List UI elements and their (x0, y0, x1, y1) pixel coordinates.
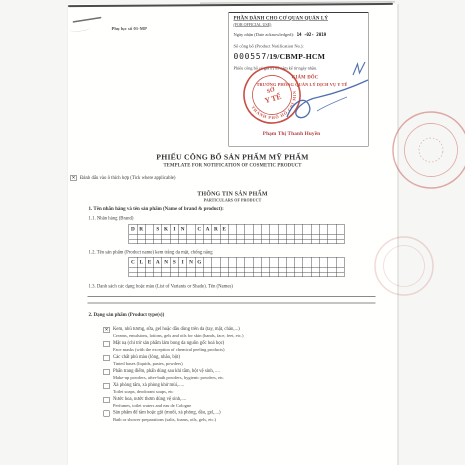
grid-cell (262, 258, 270, 268)
grid-cell (220, 258, 228, 268)
grid-cell (237, 272, 245, 277)
grid-cell (154, 272, 162, 277)
grid-cell (154, 239, 162, 244)
product-type-item: Mặt nạ (chỉ trừ sản phẩm làm bong da ngu… (104, 340, 374, 353)
appendix-label: Phụ lục số 01-MP (112, 26, 147, 31)
grid-cell (253, 272, 261, 277)
grid-cell: I (170, 225, 178, 235)
grid-cell: S (170, 258, 178, 268)
grid-cell (137, 239, 145, 244)
grid-cell (187, 239, 195, 244)
grid-cell (253, 258, 261, 268)
variant-write-line (88, 303, 376, 304)
approver-name: Phạm Thị Thanh Huyền (229, 131, 354, 137)
product-type-item: Xà phòng tắm, xà phòng khử mùi,.....Toil… (104, 382, 374, 395)
product-type-label-en: Creams, emulsions, lotions, gels and oil… (113, 333, 243, 340)
grid-cell: C (195, 225, 203, 235)
grid-cell (179, 272, 187, 277)
brand-letter-grid: DRSKINCARE (129, 224, 345, 244)
grid-cell (295, 225, 303, 235)
grid-cell (129, 239, 137, 244)
grid-cell (270, 258, 278, 268)
product-type-label-en: Tinted bases (liquids, pastes, powders) (113, 361, 183, 368)
grid-cell (328, 239, 336, 244)
grid-cell (336, 258, 344, 268)
checkbox-icon (104, 397, 110, 403)
tick-note-row: ✕ Đánh dấu vào ô thích hợp (Tick where a… (71, 175, 176, 181)
grid-cell (278, 258, 286, 268)
product-letter-grid: CLEANSING (129, 257, 345, 277)
pencil-mark (73, 17, 102, 23)
checkbox-icon (104, 411, 110, 417)
grid-cell (170, 272, 178, 277)
grid-cell: L (137, 258, 145, 268)
grid-cell (295, 272, 303, 277)
grid-cell (336, 272, 344, 277)
grid-cell (270, 225, 278, 235)
grid-cell (328, 225, 336, 235)
grid-cell: K (162, 225, 170, 235)
grid-cell (162, 272, 170, 277)
grid-cell (295, 258, 303, 268)
grid-cell (179, 239, 187, 244)
grid-cell: D (129, 225, 137, 235)
grid-cell (229, 272, 237, 277)
form-title-vi: PHIẾU CÔNG BỐ SẢN PHẨM MỸ PHẨM (68, 153, 398, 162)
grid-cell (146, 239, 154, 244)
grid-cell (187, 272, 195, 277)
grid-cell (287, 239, 295, 244)
checkbox-icon (104, 383, 110, 389)
product-type-label-en: Perfumes, toilet waters and eau de Colog… (113, 402, 191, 409)
grid-cell (220, 272, 228, 277)
grid-cell (204, 258, 212, 268)
product-type-item: ✕Kem, nhũ tương, sữa, gel hoặc dầu dùng … (104, 326, 374, 339)
grid-cell (278, 272, 286, 277)
grid-cell (320, 272, 328, 277)
grid-cell (320, 239, 328, 244)
grid-cell (336, 225, 344, 235)
section-info-heading-vi: THÔNG TIN SẢN PHẨM (68, 190, 398, 198)
grid-cell: G (195, 258, 203, 268)
tick-note-label: Đánh dấu vào ô thích hợp (Tick where app… (80, 176, 175, 181)
grid-cell (229, 239, 237, 244)
pencil-mark-faint (69, 25, 89, 33)
grid-cell: E (146, 258, 154, 268)
grid-cell (137, 272, 145, 277)
scanned-document: Phụ lục số 01-MP PHẦN DÀNH CHO CƠ QUAN Q… (0, 0, 465, 465)
grid-cell (287, 272, 295, 277)
grid-cell (262, 272, 270, 277)
grid-cell (320, 225, 328, 235)
grid-cell (262, 225, 270, 235)
grid-cell (220, 239, 228, 244)
grid-cell (287, 225, 295, 235)
grid-cell (162, 239, 170, 244)
grid-cell (312, 272, 320, 277)
checkbox-checked-icon: ✕ (71, 175, 77, 181)
brand-label: 1.1. Nhãn hàng (Brand) (89, 216, 134, 221)
grid-cell (204, 272, 212, 277)
grid-cell (328, 272, 336, 277)
grid-cell (328, 258, 336, 268)
grid-cell (312, 225, 320, 235)
grid-cell (146, 272, 154, 277)
grid-cell (245, 239, 253, 244)
section2-heading: 2. Dạng sản phẩm (Product type(s)) (89, 312, 165, 318)
grid-cell (245, 258, 253, 268)
grid-cell: A (154, 258, 162, 268)
product-type-item: Nước hoa, nước thơm dùng vệ sinh,....Per… (104, 396, 374, 409)
grid-cell (270, 239, 278, 244)
grid-cell (312, 239, 320, 244)
product-type-label-en: Face masks (with the exception of chemic… (113, 347, 224, 354)
grid-cell (237, 225, 245, 235)
grid-cell (204, 239, 212, 244)
product-type-item: Phấn trang điểm, phấn dùng sau khi tắm, … (104, 368, 374, 381)
product-type-item: Các chất phủ màu (lỏng, nhão, bột)Tinted… (104, 354, 374, 367)
grid-cell: R (212, 225, 220, 235)
grid-cell: N (179, 225, 187, 235)
grid-cell: C (129, 258, 137, 268)
pen-checkmark (353, 62, 365, 75)
grid-cell (212, 258, 220, 268)
grid-cell (303, 258, 311, 268)
product-type-label-en: Bath or shower preparations (salts, foam… (113, 416, 221, 423)
edge-seal-icon (387, 106, 465, 194)
grid-cell (195, 272, 203, 277)
grid-cell (303, 225, 311, 235)
checkbox-checked-icon: ✕ (104, 327, 110, 333)
grid-cell (212, 239, 220, 244)
grid-cell (262, 239, 270, 244)
grid-cell: E (220, 225, 228, 235)
grid-cell (129, 272, 137, 277)
grid-cell (187, 225, 195, 235)
grid-cell: I (179, 258, 187, 268)
signature (229, 13, 368, 146)
grid-cell (320, 258, 328, 268)
grid-cell (303, 239, 311, 244)
grid-cell (278, 225, 286, 235)
product-name-label: 1.2. Tên sản phẩm (Product name) kem trắ… (89, 250, 213, 255)
product-type-label-en: Make-up powders, after-bath powders, hyg… (113, 374, 224, 381)
grid-cell (245, 225, 253, 235)
grid-cell (229, 225, 237, 235)
product-type-list: ✕Kem, nhũ tương, sữa, gel hoặc dầu dùng … (104, 326, 374, 424)
grid-cell: R (137, 225, 145, 235)
product-type-label-en: Toilet soaps, deodorant soaps, etc (113, 388, 184, 395)
grid-cell (295, 239, 303, 244)
grid-cell (270, 272, 278, 277)
variants-label: 1.3. Danh sách các dạng hoặc màu (List o… (89, 284, 233, 289)
form-title-en: TEMPLATE FOR NOTIFICATION OF COSMETIC PR… (68, 163, 398, 168)
grid-cell (229, 258, 237, 268)
variant-write-line (88, 296, 376, 297)
grid-cell: A (204, 225, 212, 235)
grid-cell: N (162, 258, 170, 268)
checkbox-icon (104, 355, 110, 361)
grid-cell (253, 239, 261, 244)
form-page: Phụ lục số 01-MP PHẦN DÀNH CHO CƠ QUAN Q… (67, 4, 399, 465)
grid-cell (312, 258, 320, 268)
grid-cell (245, 272, 253, 277)
section-info-heading-en: PARTICULARS OF PRODUCT (68, 198, 398, 203)
grid-cell (237, 239, 245, 244)
grid-cell (146, 225, 154, 235)
checkbox-icon (104, 341, 110, 347)
checkbox-icon (104, 369, 110, 375)
grid-cell (278, 239, 286, 244)
grid-cell (212, 272, 220, 277)
grid-cell (303, 272, 311, 277)
grid-cell (195, 239, 203, 244)
grid-cell (170, 239, 178, 244)
grid-cell: S (154, 225, 162, 235)
grid-cell: N (187, 258, 195, 268)
grid-cell (336, 239, 344, 244)
official-use-box: PHẦN DÀNH CHO CƠ QUAN QUẢN LÝ (FOR OFFIC… (229, 12, 369, 147)
product-type-item: Sản phẩm để tắm hoặc gội (muối, xà phòng… (104, 410, 374, 423)
grid-cell (253, 225, 261, 235)
grid-cell (237, 258, 245, 268)
grid-cell (287, 258, 295, 268)
section1-heading: 1. Tên nhãn hàng và tên sản phẩm (Name o… (89, 206, 224, 212)
